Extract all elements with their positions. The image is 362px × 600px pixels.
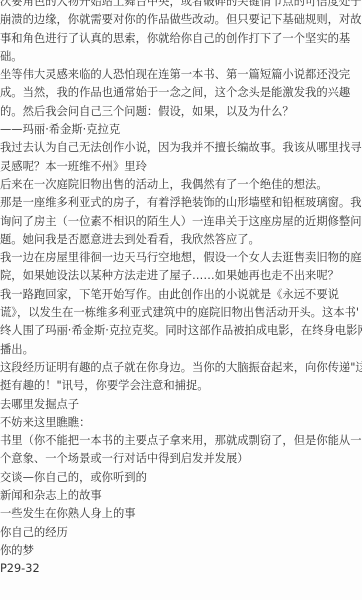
author-attribution-line: ——玛丽·希金斯·克拉克 bbox=[0, 121, 362, 139]
text-line: 播出。 bbox=[0, 341, 362, 359]
text-line: 事和角色进行了认真的思索，你就给你自己的创作打下了一个坚实的基 bbox=[0, 30, 362, 48]
text-line: 终人围了玛丽·希金斯·克拉克奖。同时这部作品被拍成电影，在终身电影网 bbox=[0, 322, 362, 340]
section-heading-line: 去哪里发掘点子 bbox=[0, 396, 362, 414]
text-line: 询问了房主（一位素不相识的陌生人）一连串关于这座房屋的近期修整问 bbox=[0, 213, 362, 231]
text-line: 谎》，以发生在一栋维多利亚式建筑中的庭院旧物出售活动开头。这本书' bbox=[0, 304, 362, 322]
text-line: 这段经历证明有趣的点子就在你身边。当你的大脑振奋起来，向你传递"这 bbox=[0, 359, 362, 377]
list-item-line: 新闻和杂志上的故事 bbox=[0, 487, 362, 505]
list-item-line: 交谈—你自己的，或你听到的 bbox=[0, 469, 362, 487]
text-line: 灵感呢？本一班维不州》里玲 bbox=[0, 158, 362, 176]
text-line: 书里（你不能把一本书的主要点子拿来用，那就成剽窃了，但是你能从一 bbox=[0, 432, 362, 450]
document-text: 次要角色的人物开始站上舞台中央，或者破碎的关键情节点的可信度处于 崩溃的边缘，你… bbox=[0, 0, 362, 579]
text-line: 崩溃的边缘，你就需要对你的作品做些改动。但只要记下基础规则，对故 bbox=[0, 11, 362, 29]
text-line: 次要角色的人物开始站上舞台中央，或者破碎的关键情节点的可信度处于 bbox=[0, 0, 362, 11]
text-line: 挺有趣的！"讯号，你要学会注意和捕捉。 bbox=[0, 377, 362, 395]
text-line: 后来在一次庭院旧物出售的活动上，我偶然有了一个绝佳的想法。 bbox=[0, 176, 362, 194]
text-line: 我过去认为自己无法创作小说，因为我并不擅长编故事。我该从哪里找寻 bbox=[0, 139, 362, 157]
text-line: 坐等伟大灵感来临的人恐怕现在连第一本书、第一篇短篇小说都还没完 bbox=[0, 66, 362, 84]
text-line: 我一路跑回家，下笔开始写作。由此创作出的小说就是《永远不要说 bbox=[0, 286, 362, 304]
text-line: 础。 bbox=[0, 48, 362, 66]
list-item-line: 一些发生在你熟人身上的事 bbox=[0, 505, 362, 523]
text-line: 我一边在房屋里徘徊一边天马行空地想，假设一个女人去逛售卖旧物的庭 bbox=[0, 249, 362, 267]
text-line: 那是一座维多利亚式的房子，有着浮艳装饰的山形墙壁和铅框玻璃窗。我 bbox=[0, 194, 362, 212]
document-page: { "doc": { "language": "zh", "page_label… bbox=[0, 0, 362, 600]
text-line: 成。当然，我的作品也通常始于一念之间，这个念头是能激发我的兴趣 bbox=[0, 84, 362, 102]
list-item-line: 你自己的经历 bbox=[0, 524, 362, 542]
text-line: 题。她问我是否愿意进去到处看看，我欣然答应了。 bbox=[0, 231, 362, 249]
page: 次要角色的人物开始站上舞台中央，或者破碎的关键情节点的可信度处于 崩溃的边缘，你… bbox=[0, 0, 362, 600]
text-line: 院，如果她设法以某种方法走进了屋子……如果她再也走不出来呢？ bbox=[0, 267, 362, 285]
text-line: 不妨来这里瞧瞧： bbox=[0, 414, 362, 432]
list-item-line: 你的梦 bbox=[0, 542, 362, 560]
page-number-line: P29-32 bbox=[0, 560, 362, 578]
text-line: 的。然后我会问自己三个问题：假设，如果，以及为什么？ bbox=[0, 103, 362, 121]
text-line: 个意象、一个场景或一行对话中得到启发并发展） bbox=[0, 450, 362, 468]
